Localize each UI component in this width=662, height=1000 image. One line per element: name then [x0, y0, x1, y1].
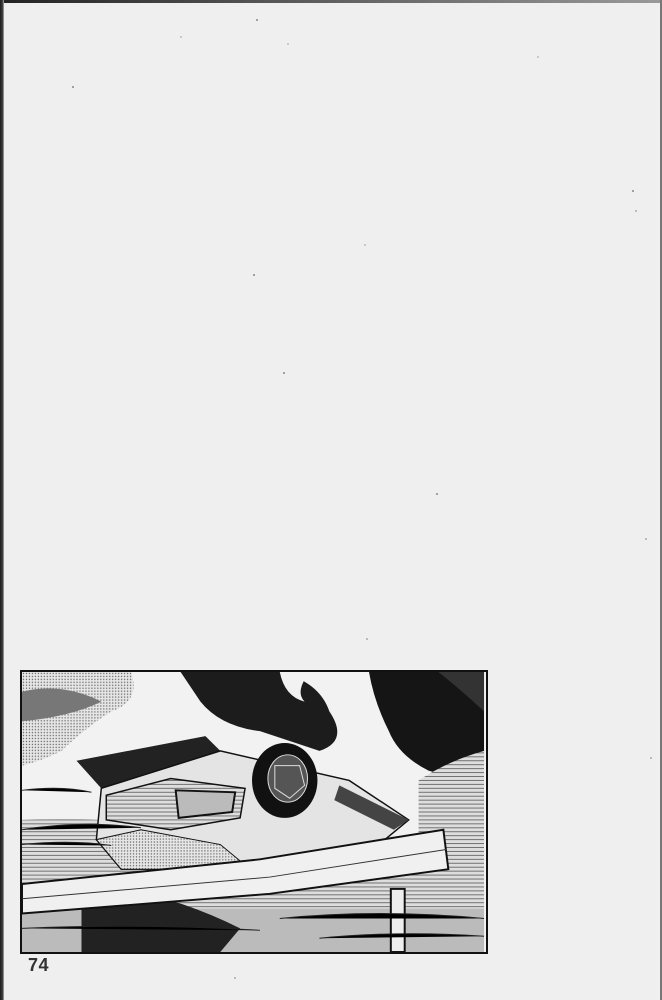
- scan-speck: [366, 638, 368, 640]
- page-edge-left: [0, 0, 4, 1000]
- manga-panel: [20, 670, 488, 954]
- scan-speck: [364, 244, 366, 246]
- scan-speck: [650, 757, 652, 759]
- scan-speck: [537, 56, 539, 58]
- scan-speck: [635, 210, 637, 212]
- scan-speck: [180, 36, 182, 38]
- scan-speck: [632, 190, 634, 192]
- scan-speck: [283, 372, 285, 374]
- panel-illustration: [22, 672, 486, 952]
- scan-speck: [645, 538, 647, 540]
- scan-speck: [234, 977, 236, 979]
- scan-speck: [253, 274, 255, 276]
- scan-speck: [72, 86, 74, 88]
- scan-speck: [436, 493, 438, 495]
- scan-speck: [287, 43, 289, 45]
- page-number: 74: [28, 955, 49, 976]
- scan-speck: [256, 19, 258, 21]
- page-edge-top: [0, 0, 662, 3]
